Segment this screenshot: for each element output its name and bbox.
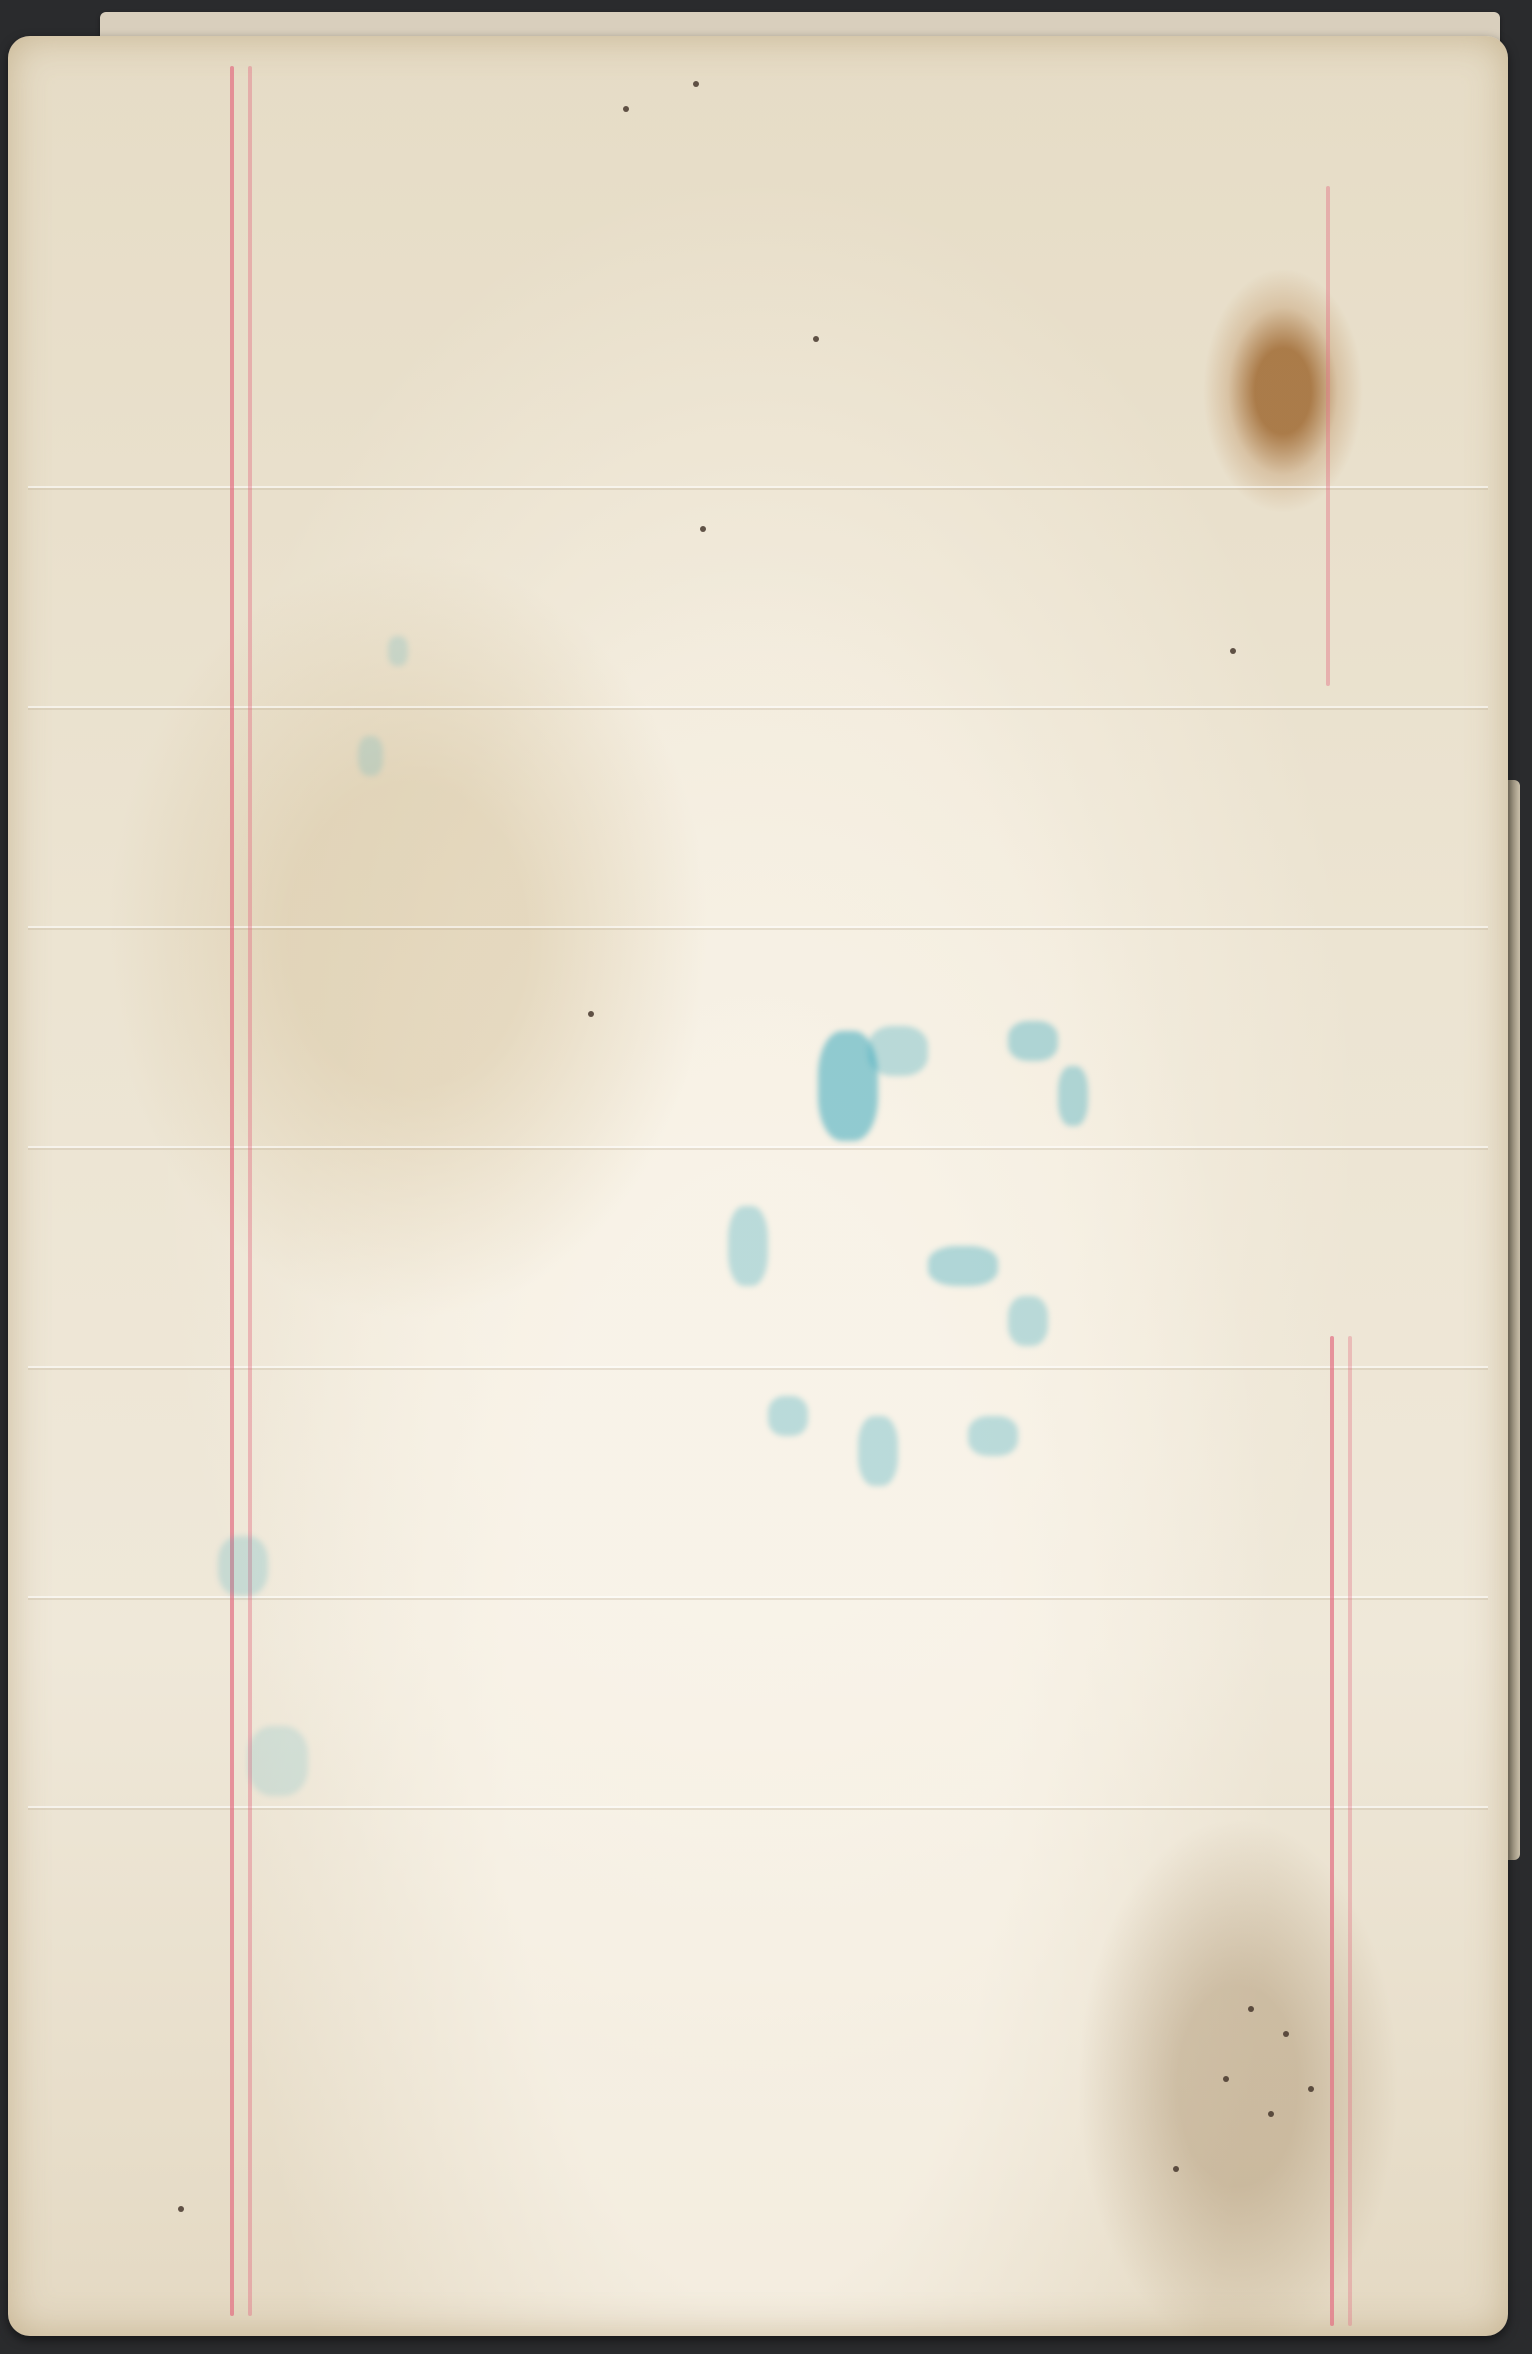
- ruled-line: [28, 926, 1488, 928]
- speck: [1173, 2166, 1179, 2172]
- ruled-line: [28, 1366, 1488, 1368]
- ink-mark: [968, 1416, 1018, 1456]
- ink-mark: [858, 1416, 898, 1486]
- speck: [1230, 648, 1236, 654]
- ruled-line: [28, 1806, 1488, 1808]
- right-margin-line: [1330, 1336, 1334, 2326]
- ink-mark: [388, 636, 408, 666]
- left-margin-line: [230, 66, 234, 2316]
- speck: [813, 336, 819, 342]
- ink-mark: [248, 1726, 308, 1796]
- speck: [623, 106, 629, 112]
- speck: [1223, 2076, 1229, 2082]
- ink-mark: [728, 1206, 768, 1286]
- speck: [1308, 2086, 1314, 2092]
- ink-mark: [868, 1026, 928, 1076]
- ink-mark: [218, 1536, 268, 1596]
- ruled-line: [28, 1596, 1488, 1598]
- right-margin-line: [1326, 186, 1330, 686]
- speck: [693, 81, 699, 87]
- paper-page: [8, 36, 1508, 2336]
- ink-mark: [1008, 1021, 1058, 1061]
- ink-mark: [358, 736, 383, 776]
- speck: [1268, 2111, 1274, 2117]
- speck: [588, 1011, 594, 1017]
- ink-mark: [928, 1246, 998, 1286]
- left-margin-line: [248, 66, 252, 2316]
- ink-mark: [768, 1396, 808, 1436]
- ink-mark: [1008, 1296, 1048, 1346]
- speck: [1283, 2031, 1289, 2037]
- speck: [1248, 2006, 1254, 2012]
- ruled-line: [28, 706, 1488, 708]
- speck: [178, 2206, 184, 2212]
- ruled-line: [28, 486, 1488, 488]
- ink-mark: [1058, 1066, 1088, 1126]
- speck: [700, 526, 706, 532]
- right-margin-line: [1348, 1336, 1352, 2326]
- ruled-line: [28, 1146, 1488, 1148]
